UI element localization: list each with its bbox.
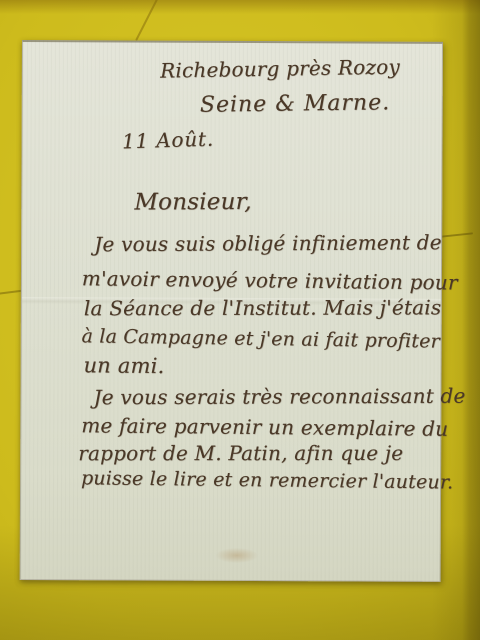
- letter-heading-date: 11 Août.: [122, 127, 215, 154]
- letter-body-line: la Séance de l'Institut. Mais j'étais: [84, 295, 441, 320]
- backdrop-fold-right: [462, 0, 480, 640]
- letter-photograph: Richebourg près Rozoy Seine & Marne. 11 …: [0, 0, 480, 640]
- letter-paper: Richebourg près Rozoy Seine & Marne. 11 …: [20, 40, 443, 582]
- letter-heading-place: Richebourg près Rozoy: [160, 55, 400, 83]
- letter-body-line: à la Campagne et j'en ai fait profiter: [81, 325, 440, 352]
- letter-body-line: Je vous serais très reconnaissant de: [93, 384, 465, 410]
- backdrop-scratch-top: [135, 0, 159, 41]
- letter-body-line: puisse le lire et en remercier l'auteur.: [81, 467, 454, 493]
- letter-salutation: Monsieur,: [134, 189, 251, 216]
- letter-body-line: rapport de M. Patin, afin que je: [78, 441, 403, 465]
- letter-body-line: un ami.: [83, 353, 164, 378]
- letter-body-line: m'avoir envoyé votre invitation pour: [82, 266, 458, 294]
- letter-body-line: Je vous suis obligé infiniement de: [94, 230, 442, 256]
- letter-body-line: me faire parvenir un exemplaire du: [81, 413, 448, 441]
- letter-heading-region: Seine & Marne.: [200, 90, 391, 117]
- paper-stain: [216, 548, 258, 563]
